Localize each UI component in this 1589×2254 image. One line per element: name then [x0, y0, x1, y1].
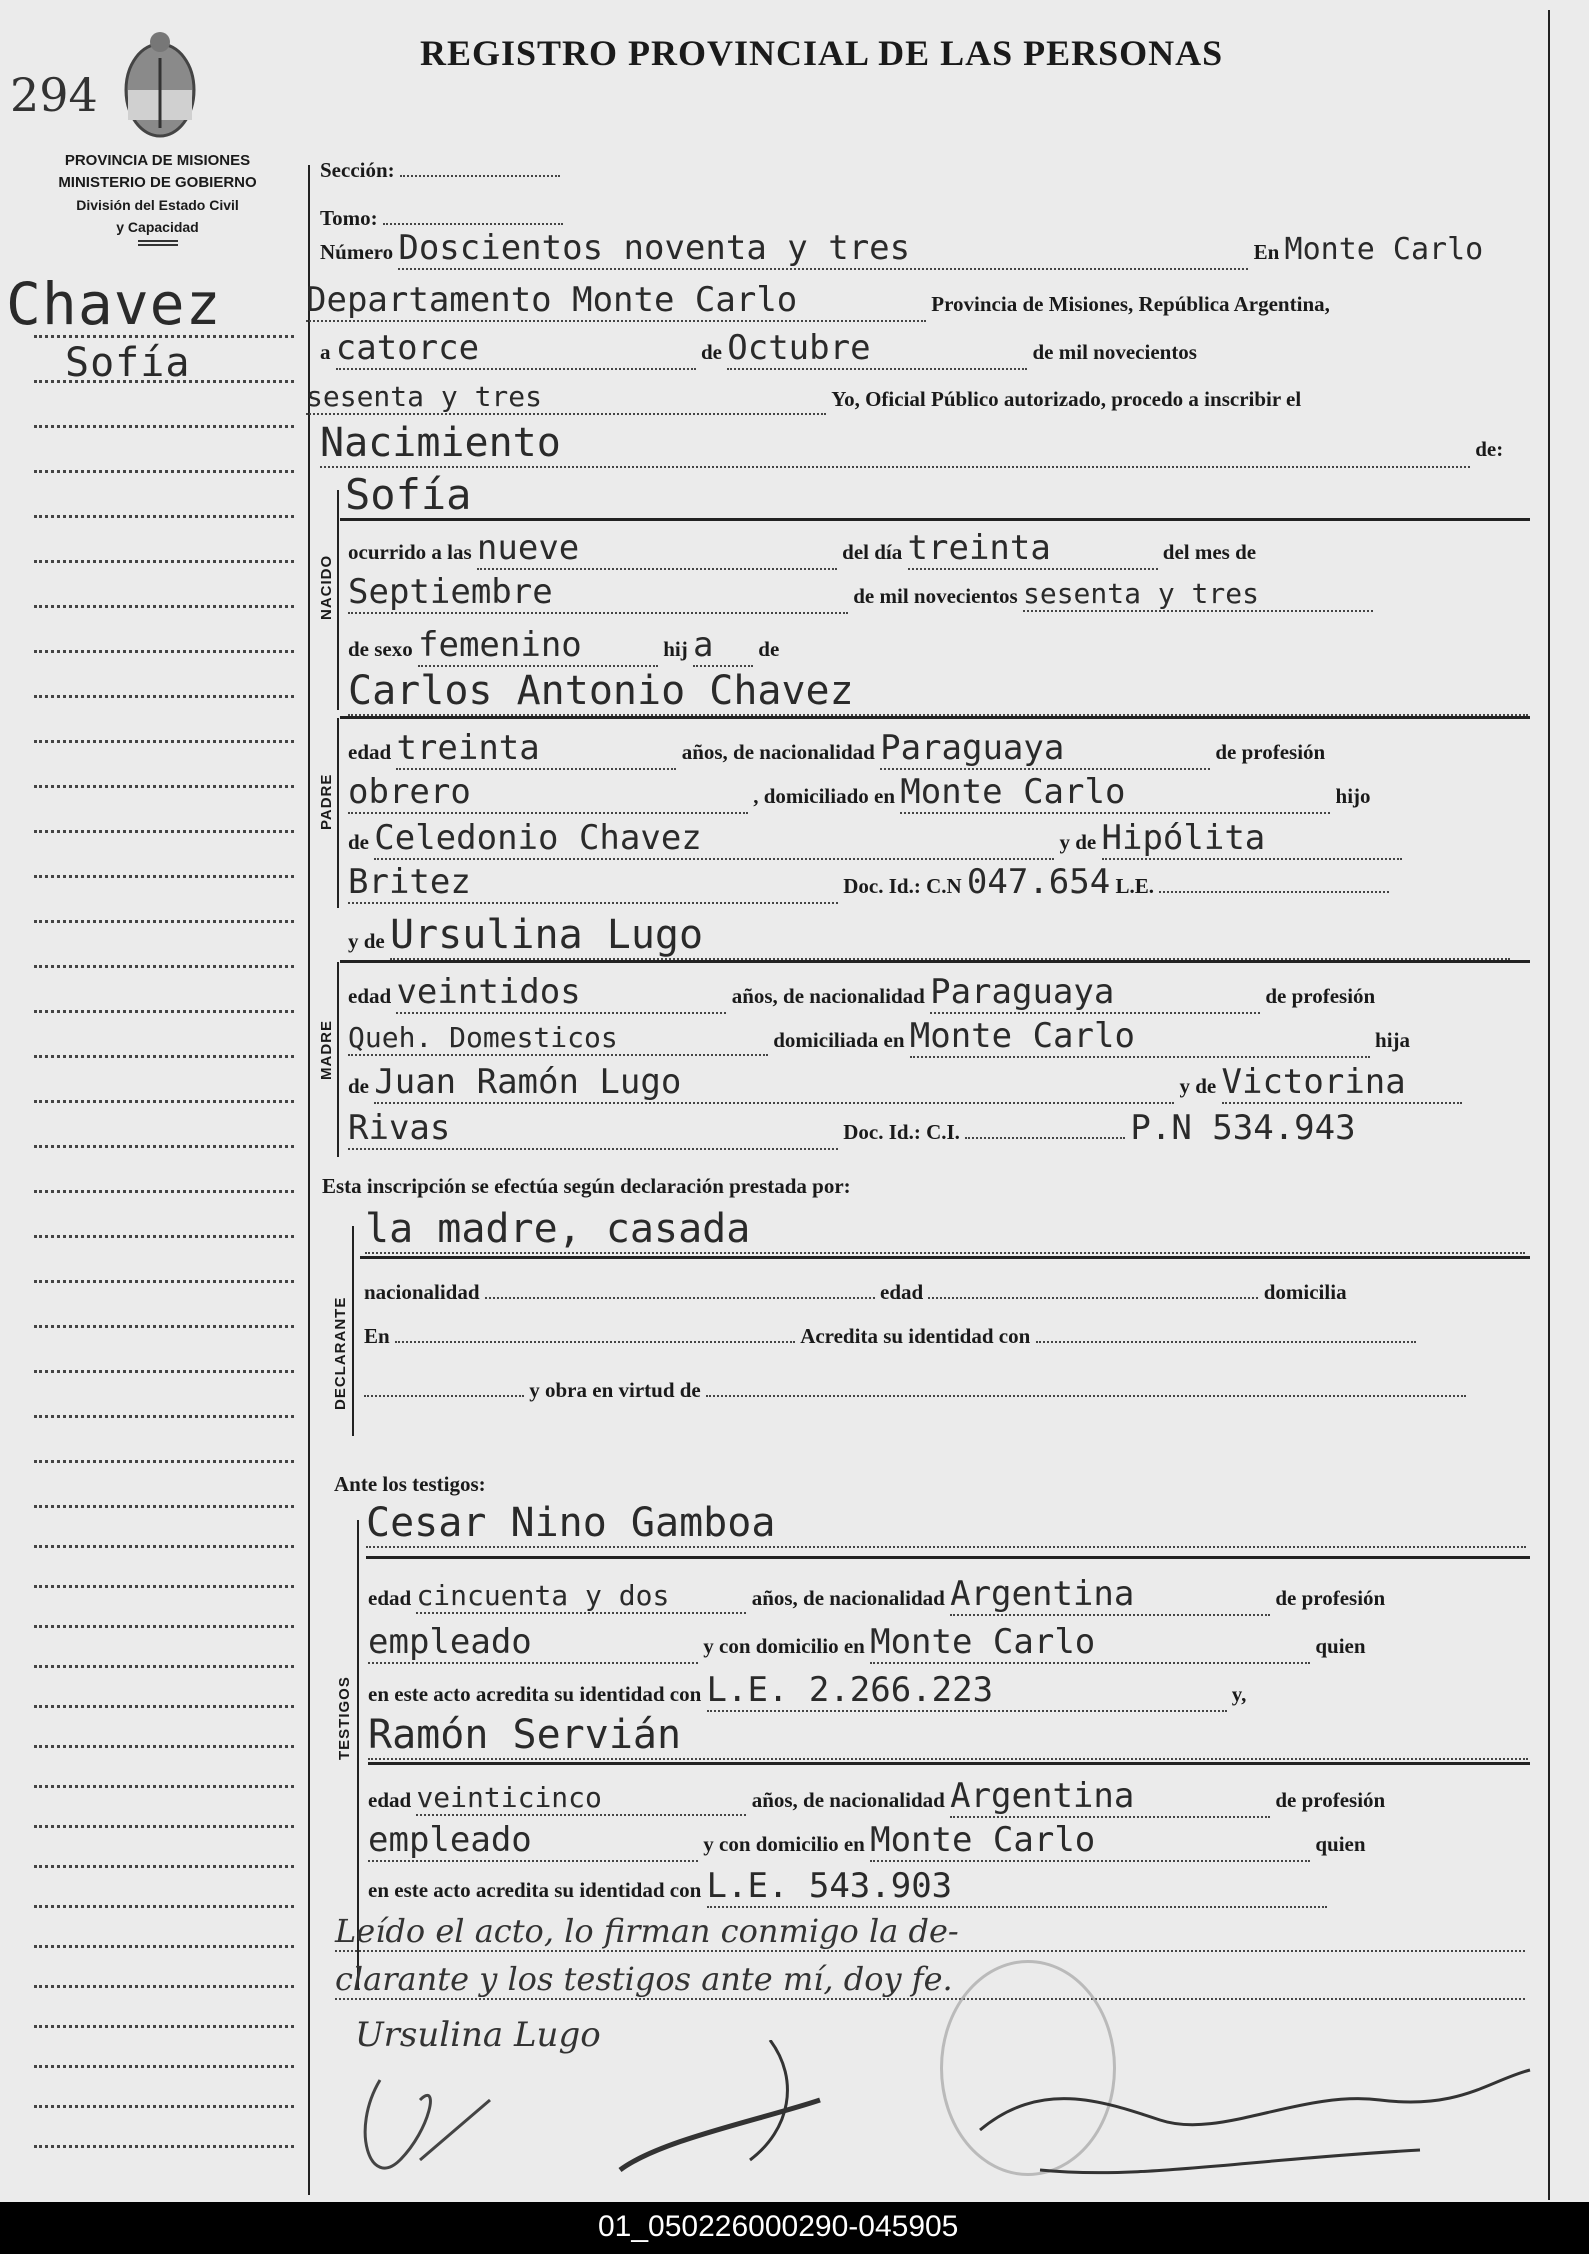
lugar-field: Monte Carlo [1285, 232, 1484, 267]
testigo1-profesion-row: empleado y con domicilio en Monte Carlo … [368, 1622, 1578, 1664]
abuelo-paterno-field: Celedonio Chavez [374, 818, 1054, 860]
testigo2-nombre-row: Ramón Servián [368, 1712, 1578, 1760]
testigo2-doc-field: L.E. 543.903 [707, 1866, 1327, 1908]
testigo2-doc-row: en este acto acredita su identidad con L… [368, 1866, 1578, 1908]
divider [366, 1556, 1530, 1559]
anio-field: sesenta y tres [306, 380, 826, 415]
padre-padres-row: de Celedonio Chavez y de Hipólita [348, 818, 1558, 860]
anio-nacimiento-field: sesenta y tres [1023, 577, 1373, 612]
divider [340, 518, 1530, 521]
closing-line: Leído el acto, lo firman conmigo la de- [335, 1912, 1545, 1952]
tomo-field [383, 223, 563, 225]
section-bracket [337, 962, 339, 1157]
dia-nacimiento-field: treinta [908, 528, 1158, 570]
testigo1-nombre-field: Cesar Nino Gamboa [366, 1500, 1526, 1548]
section-bracket [337, 718, 339, 908]
madre-doc-field: P.N 534.943 [1130, 1108, 1355, 1148]
departamento-row: Departamento Monte Carlo Provincia de Mi… [306, 280, 1516, 322]
page-number: 294 [10, 68, 98, 122]
section-label-declarante: DECLARANTE [332, 1297, 349, 1410]
image-code: 01_050226000290-045905 [598, 2210, 958, 2244]
abuela-materna-field: Victorina [1222, 1062, 1462, 1104]
abuela-paterna-apellido-field: Britez [348, 862, 838, 904]
madre-nacionalidad-field: Paraguaya [930, 972, 1260, 1014]
madre-profesion-row: Queh. Domesticos domiciliada en Monte Ca… [348, 1016, 1558, 1058]
declarante-en-row: En Acredita su identidad con [364, 1324, 1574, 1349]
declaracion-row: Esta inscripción se efectúa según declar… [322, 1174, 1532, 1199]
seccion-field [400, 175, 560, 177]
madre-padres-row: de Juan Ramón Lugo y de Victorina [348, 1062, 1558, 1104]
padre-domicilio-field: Monte Carlo [900, 772, 1330, 814]
nacido-nombre-field: Sofía [345, 470, 1525, 521]
testigo2-edad-row: edad veinticinco años, de nacionalidad A… [368, 1776, 1578, 1818]
testigo2-nombre-field: Ramón Servián [368, 1712, 1528, 1760]
testigo1-doc-field: L.E. 2.266.223 [707, 1670, 1227, 1712]
margin-surname: Chavez [6, 270, 222, 338]
declarante-nac-row: nacionalidad edad domicilia [364, 1280, 1574, 1305]
madre-profesion-field: Queh. Domesticos [348, 1021, 768, 1056]
testigo1-edad-field: cincuenta y dos [416, 1579, 746, 1614]
testigo1-edad-row: edad cincuenta y dos años, de nacionalid… [368, 1574, 1578, 1616]
padre-profesion-row: obrero , domiciliado en Monte Carlo hijo [348, 772, 1558, 814]
padre-edad-field: treinta [396, 728, 676, 770]
declarante-virtud-row: y obra en virtud de [364, 1378, 1574, 1403]
padre-profesion-field: obrero [348, 772, 748, 814]
divider [340, 960, 1530, 963]
closing-line: clarante y los testigos ante mí, doy fe. [335, 1960, 1545, 2000]
testigo2-edad-field: veinticinco [416, 1781, 746, 1816]
testigos-row: Ante los testigos: [334, 1472, 1544, 1497]
padre-edad-row: edad treinta años, de nacionalidad Parag… [348, 728, 1558, 770]
testigo1-nacionalidad-field: Argentina [950, 1574, 1270, 1616]
padre-nacionalidad-field: Paraguaya [880, 728, 1210, 770]
abuelo-materno-field: Juan Ramón Lugo [374, 1062, 1174, 1104]
divider [368, 1762, 1530, 1765]
madre-edad-row: edad veintidos años, de nacionalidad Par… [348, 972, 1558, 1014]
testigo1-nombre-row: Cesar Nino Gamboa [366, 1500, 1576, 1548]
dia-field: catorce [336, 328, 696, 370]
section-label-testigos: TESTIGOS [336, 1676, 353, 1760]
sexo-field: femenino [418, 625, 658, 667]
testigo2-nacionalidad-field: Argentina [950, 1776, 1270, 1818]
testigo1-domicilio-field: Monte Carlo [870, 1622, 1310, 1664]
hij-suffix-field: a [693, 625, 753, 667]
padre-nombre-field: Carlos Antonio Chavez [348, 668, 1528, 716]
divider [138, 240, 178, 246]
divider [360, 1256, 1530, 1259]
agency-line: y Capacidad [20, 216, 295, 238]
divider [340, 716, 1530, 719]
agency-line: PROVINCIA DE MISIONES [20, 150, 295, 172]
section-label-nacido: NACIDO [318, 555, 335, 620]
madre-nombre-field: Ursulina Lugo [390, 912, 1510, 960]
section-bracket [352, 1226, 354, 1436]
testigo2-domicilio-field: Monte Carlo [870, 1820, 1310, 1862]
madre-domicilio-field: Monte Carlo [910, 1016, 1370, 1058]
image-code-bar: 01_050226000290-045905 [0, 2202, 1589, 2254]
madre-edad-field: veintidos [396, 972, 726, 1014]
padre-doc-field: 047.654 [967, 862, 1110, 902]
padre-doc-row: Britez Doc. Id.: C.N 047.654 L.E. [348, 862, 1558, 904]
nacido-sexo-row: de sexo femenino hij a de [348, 625, 1558, 667]
abuela-paterna-field: Hipólita [1102, 818, 1402, 860]
tipo-row: Nacimiento de: [320, 420, 1530, 468]
hora-field: nueve [477, 528, 837, 570]
numero-field: Doscientos noventa y tres [398, 228, 1248, 270]
testigo2-profesion-row: empleado y con domicilio en Monte Carlo … [368, 1820, 1578, 1862]
signatures-scribble [340, 2040, 1540, 2200]
margin-divider [308, 165, 310, 2195]
document-page: 294 REGISTRO PROVINCIAL DE LAS PERSONAS … [0, 0, 1589, 2202]
nacido-hora-row: ocurrido a las nueve del día treinta del… [348, 528, 1558, 570]
fecha-row: a catorce de Octubre de mil novecientos [320, 328, 1530, 370]
madre-doc-row: Rivas Doc. Id.: C.I. P.N 534.943 [348, 1108, 1558, 1150]
madre-nombre-row: y de Ursulina Lugo [348, 912, 1558, 960]
testigo1-doc-row: en este acto acredita su identidad con L… [368, 1670, 1578, 1712]
document-title: REGISTRO PROVINCIAL DE LAS PERSONAS [420, 32, 1223, 74]
agency-line: División del Estado Civil [20, 194, 295, 216]
issuing-agency: PROVINCIA DE MISIONES MINISTERIO DE GOBI… [20, 150, 295, 248]
numero-row: Número Doscientos noventa y tres En Mont… [320, 228, 1530, 270]
section-label-padre: PADRE [318, 774, 335, 830]
declarante-field: la madre, casada [365, 1206, 1525, 1254]
section-label-madre: MADRE [318, 1020, 335, 1080]
declarante-row: la madre, casada [365, 1206, 1575, 1254]
agency-line: MINISTERIO DE GOBIERNO [20, 172, 295, 194]
nacido-mes-row: Septiembre de mil novecientos sesenta y … [348, 572, 1558, 614]
padre-nombre-row: Carlos Antonio Chavez [348, 668, 1558, 716]
mes-field: Octubre [727, 328, 1027, 370]
nacido-nombre-row: Sofía [345, 470, 1555, 521]
testigo1-profesion-field: empleado [368, 1622, 698, 1664]
tipo-acta-field: Nacimiento [320, 420, 1470, 468]
argentina-coat-of-arms-icon [118, 28, 202, 148]
section-bracket [337, 490, 339, 710]
testigo2-profesion-field: empleado [368, 1820, 698, 1862]
departamento-field: Departamento Monte Carlo [306, 280, 926, 322]
anio-row: sesenta y tres Yo, Oficial Público autor… [306, 380, 1516, 415]
mes-nacimiento-field: Septiembre [348, 572, 848, 614]
abuela-materna-apellido-field: Rivas [348, 1108, 838, 1150]
seccion-row: Sección: [320, 158, 1530, 183]
